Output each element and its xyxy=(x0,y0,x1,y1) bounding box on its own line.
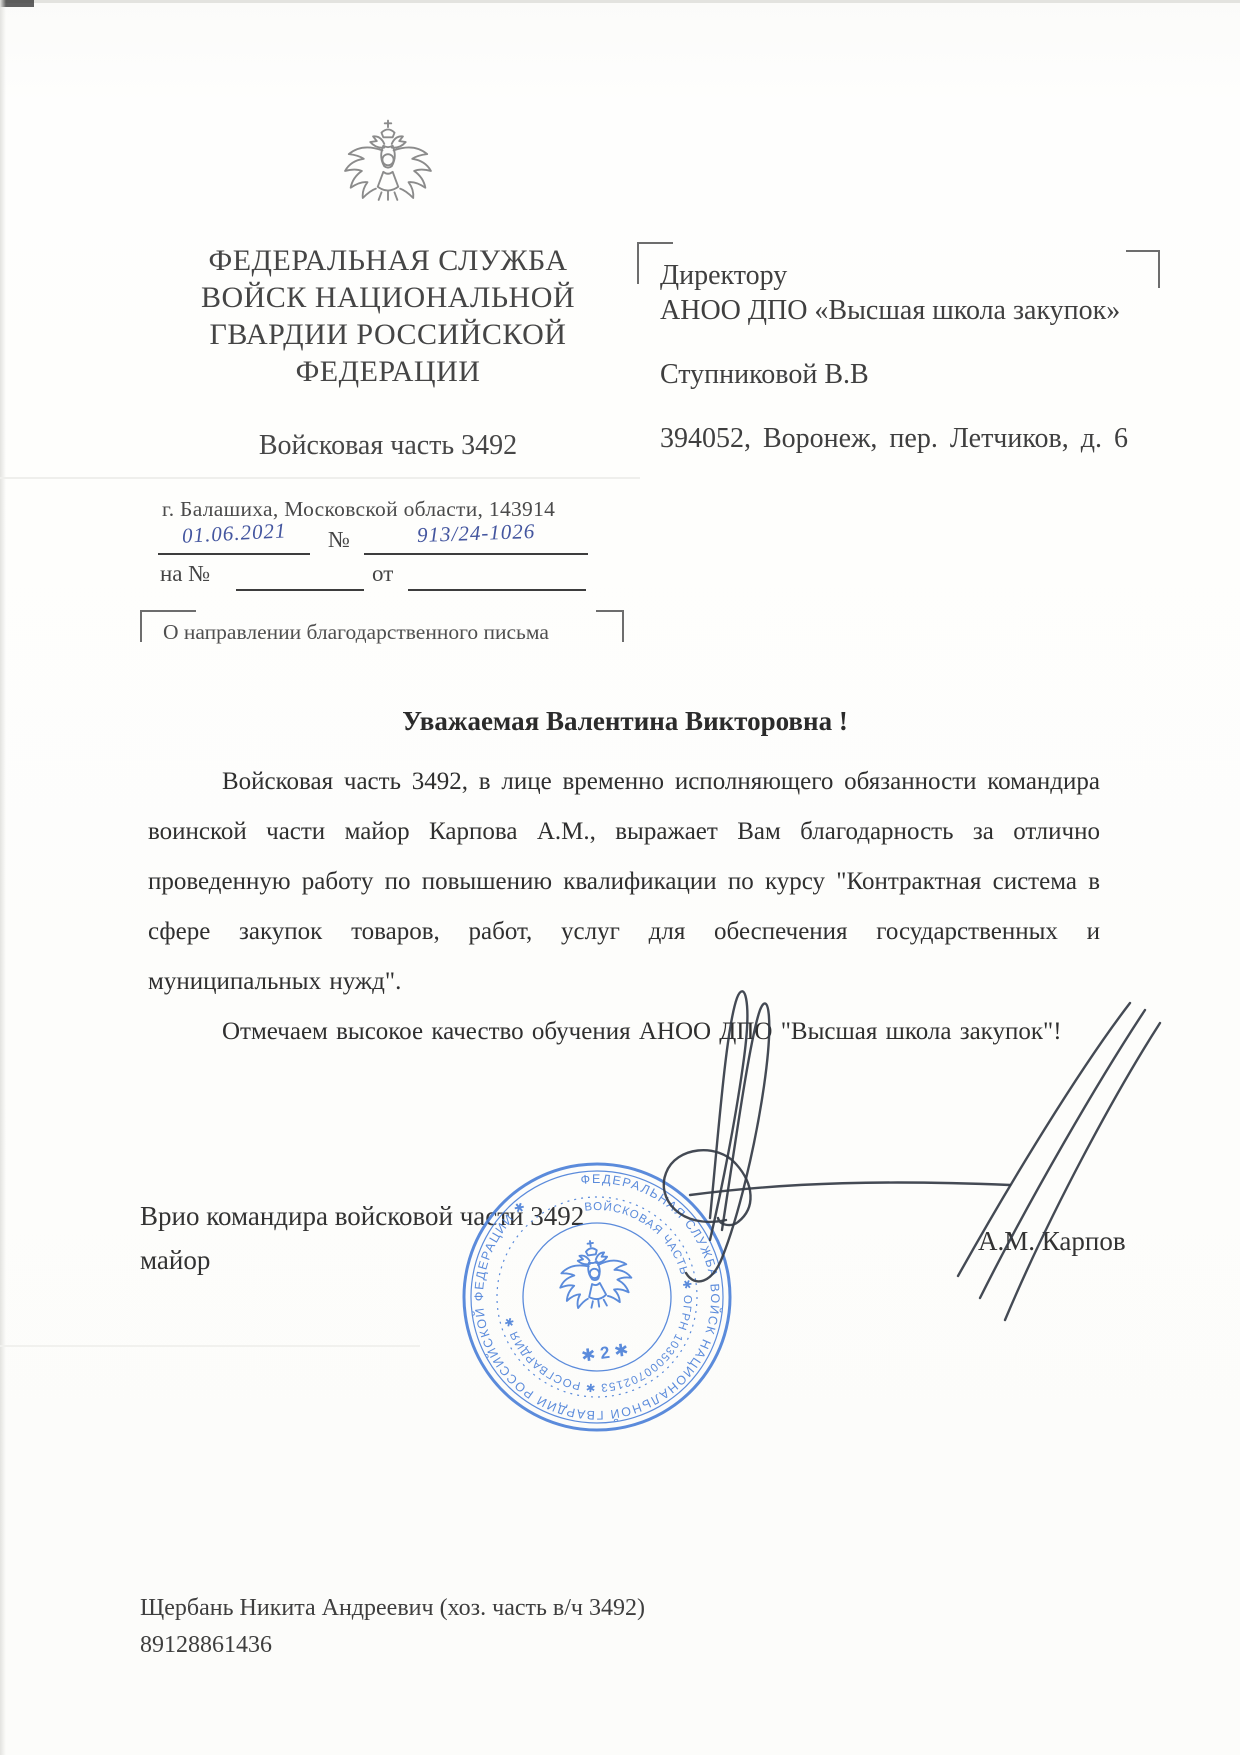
scanned-letter-page: ФЕДЕРАЛЬНАЯ СЛУЖБА ВОЙСК НАЦИОНАЛЬНОЙ ГВ… xyxy=(0,0,1240,1755)
agency-line: ВОЙСК НАЦИОНАЛЬНОЙ xyxy=(150,279,626,316)
executor-phone: 89128861436 xyxy=(140,1627,645,1664)
number-sign-label: № xyxy=(328,527,350,553)
reply-number-blank xyxy=(236,561,364,591)
agency-name: ФЕДЕРАЛЬНАЯ СЛУЖБА ВОЙСК НАЦИОНАЛЬНОЙ ГВ… xyxy=(150,242,626,390)
sender-address: г. Балашиха, Московской области, 143914 xyxy=(162,497,555,522)
recipient-address: 394052, Воронеж, пер. Летчиков, д. 6 xyxy=(660,423,1128,455)
recipient-person: Ступниковой В.В xyxy=(660,359,869,391)
agency-line: ФЕДЕРАЦИИ xyxy=(150,353,626,390)
handwritten-signature xyxy=(560,968,1200,1358)
handwritten-number: 913/24-1026 xyxy=(416,519,535,548)
agency-line: ГВАРДИИ РОССИЙСКОЙ xyxy=(150,316,626,353)
outgoing-number-field: 913/24-1026 xyxy=(364,521,588,555)
recipient-title: Директору xyxy=(660,260,787,292)
executor-name: Щербань Никита Андреевич (хоз. часть в/ч… xyxy=(140,1590,645,1627)
executor-info: Щербань Никита Андреевич (хоз. часть в/ч… xyxy=(140,1590,645,1664)
outgoing-date-field: 01.06.2021 xyxy=(158,521,310,555)
scan-artifact-edge xyxy=(0,0,6,1755)
reply-to-number-label: на № xyxy=(160,561,210,587)
scan-artifact-line xyxy=(0,0,1240,3)
recipient-organization: АНОО ДПО «Высшая школа закупок» xyxy=(660,295,1120,327)
military-unit-name: Войсковая часть 3492 xyxy=(150,430,626,462)
reply-from-label: от xyxy=(372,561,393,587)
subject-corner-mark xyxy=(596,610,624,642)
reply-date-blank xyxy=(408,561,586,591)
handwritten-date: 01.06.2021 xyxy=(181,518,287,548)
agency-line: ФЕДЕРАЛЬНАЯ СЛУЖБА xyxy=(150,242,626,279)
subject-line: О направлении благодарственного письма xyxy=(163,620,549,645)
scan-artifact-crease xyxy=(0,477,640,479)
national-guard-eagle-icon xyxy=(332,118,444,222)
scan-artifact-crease xyxy=(0,1345,420,1347)
recipient-corner-mark xyxy=(1126,250,1160,288)
salutation: Уважаемая Валентина Викторовна ! xyxy=(150,706,1100,737)
